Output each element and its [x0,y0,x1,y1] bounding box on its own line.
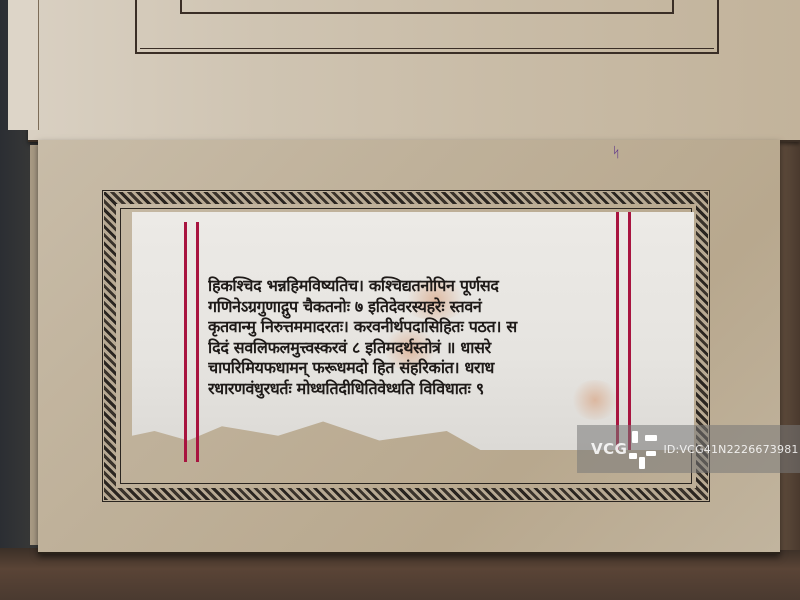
watermark-burst-icon [629,429,659,469]
upper-leaf-frame-double-line [140,48,714,49]
text-line: दिदं सवलिफलमुत्त्वस्करवं ८ इतिमदर्थस्तोत… [208,338,628,359]
red-margin-rule-left-inner [196,222,199,462]
watermark-id-text: ID:VCG41N2226673981 [663,443,798,456]
red-margin-rule-right-outer [628,212,631,450]
devanagari-text-block: हिकश्चिद भन्नहिमविष्यतिच। कश्चिद्यतनोपिन… [208,276,628,399]
text-line: कृतवान्मु निरुत्तममादरतः। करवनीर्थपदासिह… [208,317,628,338]
watermark-logo-text: VCG [591,440,627,458]
text-line: गणिनेऽग्रगुणाद्गुप चैकतनोः ७ इतिदेवरस्यह… [208,297,628,318]
upper-leaf-frame-inner [180,0,674,14]
red-margin-rule-left-outer [184,222,187,462]
text-line: हिकश्चिद भन्नहिमविष्यतिच। कश्चिद्यतनोपिन… [208,276,628,297]
purple-ink-mark: ᛋ [612,146,626,168]
vcg-watermark: VCG ID:VCG41N2226673981 [577,425,800,473]
wooden-surface-bottom [0,548,800,600]
text-line: रधारणवंधुरधर्तः मोध्धतिदीधितिवेध्धति विव… [208,379,628,400]
stacked-page-edges [8,0,39,130]
text-line: चापरिमियफधामन् फरूधमदो हित संहरिकांत। धर… [208,358,628,379]
